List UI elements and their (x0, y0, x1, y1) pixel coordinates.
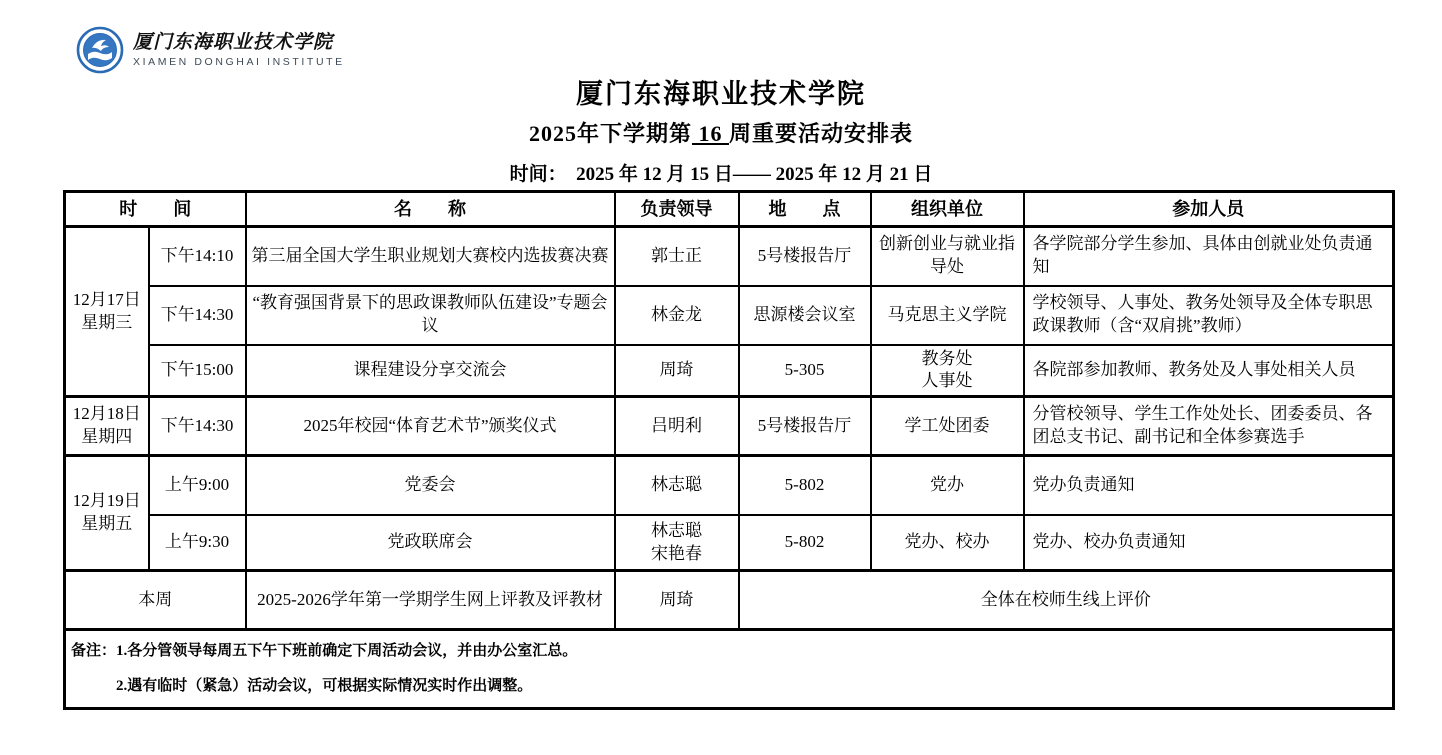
event-name-cell: 课程建设分享交流会 (246, 345, 615, 397)
participants-cell: 各院部参加教师、教务处及人事处相关人员 (1024, 345, 1394, 397)
notes-cell: 备注：1.各分管领导每周五下午下班前确定下周活动会议，并由办公室汇总。 2.遇有… (65, 630, 1394, 709)
participants-cell: 分管校领导、学生工作处处长、团委委员、各团总支书记、副书记和全体参赛选手 (1024, 397, 1394, 456)
org-cell: 马克思主义学院 (871, 286, 1024, 345)
subtitle-suffix: 周重要活动安排表 (729, 121, 913, 146)
event-name-cell: 党委会 (246, 456, 615, 515)
page-title: 厦门东海职业技术学院 (0, 72, 1442, 111)
location-cell: 5-802 (739, 515, 871, 571)
notes-row: 备注：1.各分管领导每周五下午下班前确定下周活动会议，并由办公室汇总。 2.遇有… (65, 630, 1394, 709)
participants-cell: 党办、校办负责通知 (1024, 515, 1394, 571)
leader-cell: 林志聪 (615, 456, 739, 515)
day-cell: 12月17日 星期三 (65, 227, 149, 397)
school-name-chinese: 厦门东海职业技术学院 (133, 32, 345, 54)
table-row: 12月17日 星期三 下午14:10 第三届全国大学生职业规划大赛校内选拔赛决赛… (65, 227, 1394, 286)
col-header-location: 地 点 (739, 192, 871, 227)
participants-cell: 各学院部分学生参加、具体由创就业处负责通知 (1024, 227, 1394, 286)
event-name-cell: 2025-2026学年第一学期学生网上评教及评教材 (246, 571, 615, 630)
participants-cell: 学校领导、人事处、教务处领导及全体专职思政课教师（含“双肩挑”教师） (1024, 286, 1394, 345)
subtitle-prefix: 2025年下学期第 (529, 121, 692, 146)
location-cell: 5号楼报告厅 (739, 397, 871, 456)
page-subtitle: 2025年下学期第 16 周重要活动安排表 (0, 117, 1442, 148)
document-page: 厦门东海职业技术学院 XIAMEN DONGHAI INSTITUTE 厦门东海… (0, 0, 1442, 755)
leader-cell: 林志聪 宋艳春 (615, 515, 739, 571)
participants-cell: 全体在校师生线上评价 (739, 571, 1394, 630)
location-cell: 思源楼会议室 (739, 286, 871, 345)
org-cell: 党办、校办 (871, 515, 1024, 571)
org-cell: 教务处 人事处 (871, 345, 1024, 397)
school-name-english: XIAMEN DONGHAI INSTITUTE (133, 56, 345, 68)
school-logo-text: 厦门东海职业技术学院 XIAMEN DONGHAI INSTITUTE (133, 32, 345, 68)
time-cell: 上午9:00 (149, 456, 246, 515)
time-cell: 下午15:00 (149, 345, 246, 397)
time-cell: 下午14:10 (149, 227, 246, 286)
leader-cell: 郭士正 (615, 227, 739, 286)
time-cell: 下午14:30 (149, 397, 246, 456)
location-cell: 5-305 (739, 345, 871, 397)
time-cell: 上午9:30 (149, 515, 246, 571)
school-logo: 厦门东海职业技术学院 XIAMEN DONGHAI INSTITUTE (76, 26, 345, 74)
location-cell: 5号楼报告厅 (739, 227, 871, 286)
header-row: 时 间 名 称 负责领导 地 点 组织单位 参加人员 (65, 192, 1394, 227)
event-name-cell: “教育强国背景下的思政课教师队伍建设”专题会议 (246, 286, 615, 345)
org-cell: 创新创业与就业指导处 (871, 227, 1024, 286)
participants-cell: 党办负责通知 (1024, 456, 1394, 515)
week-number: 16 (692, 121, 729, 146)
location-cell: 5-802 (739, 456, 871, 515)
org-cell: 党办 (871, 456, 1024, 515)
leader-cell: 林金龙 (615, 286, 739, 345)
school-emblem-icon (76, 26, 124, 74)
week-label-cell: 本周 (65, 571, 246, 630)
table-row: 下午15:00 课程建设分享交流会 周琦 5-305 教务处 人事处 各院部参加… (65, 345, 1394, 397)
org-cell: 学工处团委 (871, 397, 1024, 456)
date-range: 时间： 2025 年 12 月 15 日—— 2025 年 12 月 21 日 (0, 159, 1442, 186)
table-row: 下午14:30 “教育强国背景下的思政课教师队伍建设”专题会议 林金龙 思源楼会… (65, 286, 1394, 345)
event-name-cell: 2025年校园“体育艺术节”颁奖仪式 (246, 397, 615, 456)
note-line-1: 备注：1.各分管领导每周五下午下班前确定下周活动会议，并由办公室汇总。 (71, 641, 1386, 662)
table-row: 12月18日 星期四 下午14:30 2025年校园“体育艺术节”颁奖仪式 吕明… (65, 397, 1394, 456)
table-row: 12月19日 星期五 上午9:00 党委会 林志聪 5-802 党办 党办负责通… (65, 456, 1394, 515)
time-cell: 下午14:30 (149, 286, 246, 345)
col-header-time: 时 间 (65, 192, 246, 227)
leader-cell: 周琦 (615, 345, 739, 397)
col-header-participants: 参加人员 (1024, 192, 1394, 227)
week-summary-row: 本周 2025-2026学年第一学期学生网上评教及评教材 周琦 全体在校师生线上… (65, 571, 1394, 630)
col-header-name: 名 称 (246, 192, 615, 227)
col-header-leader: 负责领导 (615, 192, 739, 227)
col-header-org: 组织单位 (871, 192, 1024, 227)
leader-cell: 周琦 (615, 571, 739, 630)
event-name-cell: 党政联席会 (246, 515, 615, 571)
schedule-table: 时 间 名 称 负责领导 地 点 组织单位 参加人员 12月17日 星期三 下午… (63, 190, 1395, 710)
event-name-cell: 第三届全国大学生职业规划大赛校内选拔赛决赛 (246, 227, 615, 286)
day-cell: 12月19日 星期五 (65, 456, 149, 571)
leader-cell: 吕明利 (615, 397, 739, 456)
day-cell: 12月18日 星期四 (65, 397, 149, 456)
table-row: 上午9:30 党政联席会 林志聪 宋艳春 5-802 党办、校办 党办、校办负责… (65, 515, 1394, 571)
note-line-2: 2.遇有临时（紧急）活动会议，可根据实际情况实时作出调整。 (116, 676, 1386, 697)
